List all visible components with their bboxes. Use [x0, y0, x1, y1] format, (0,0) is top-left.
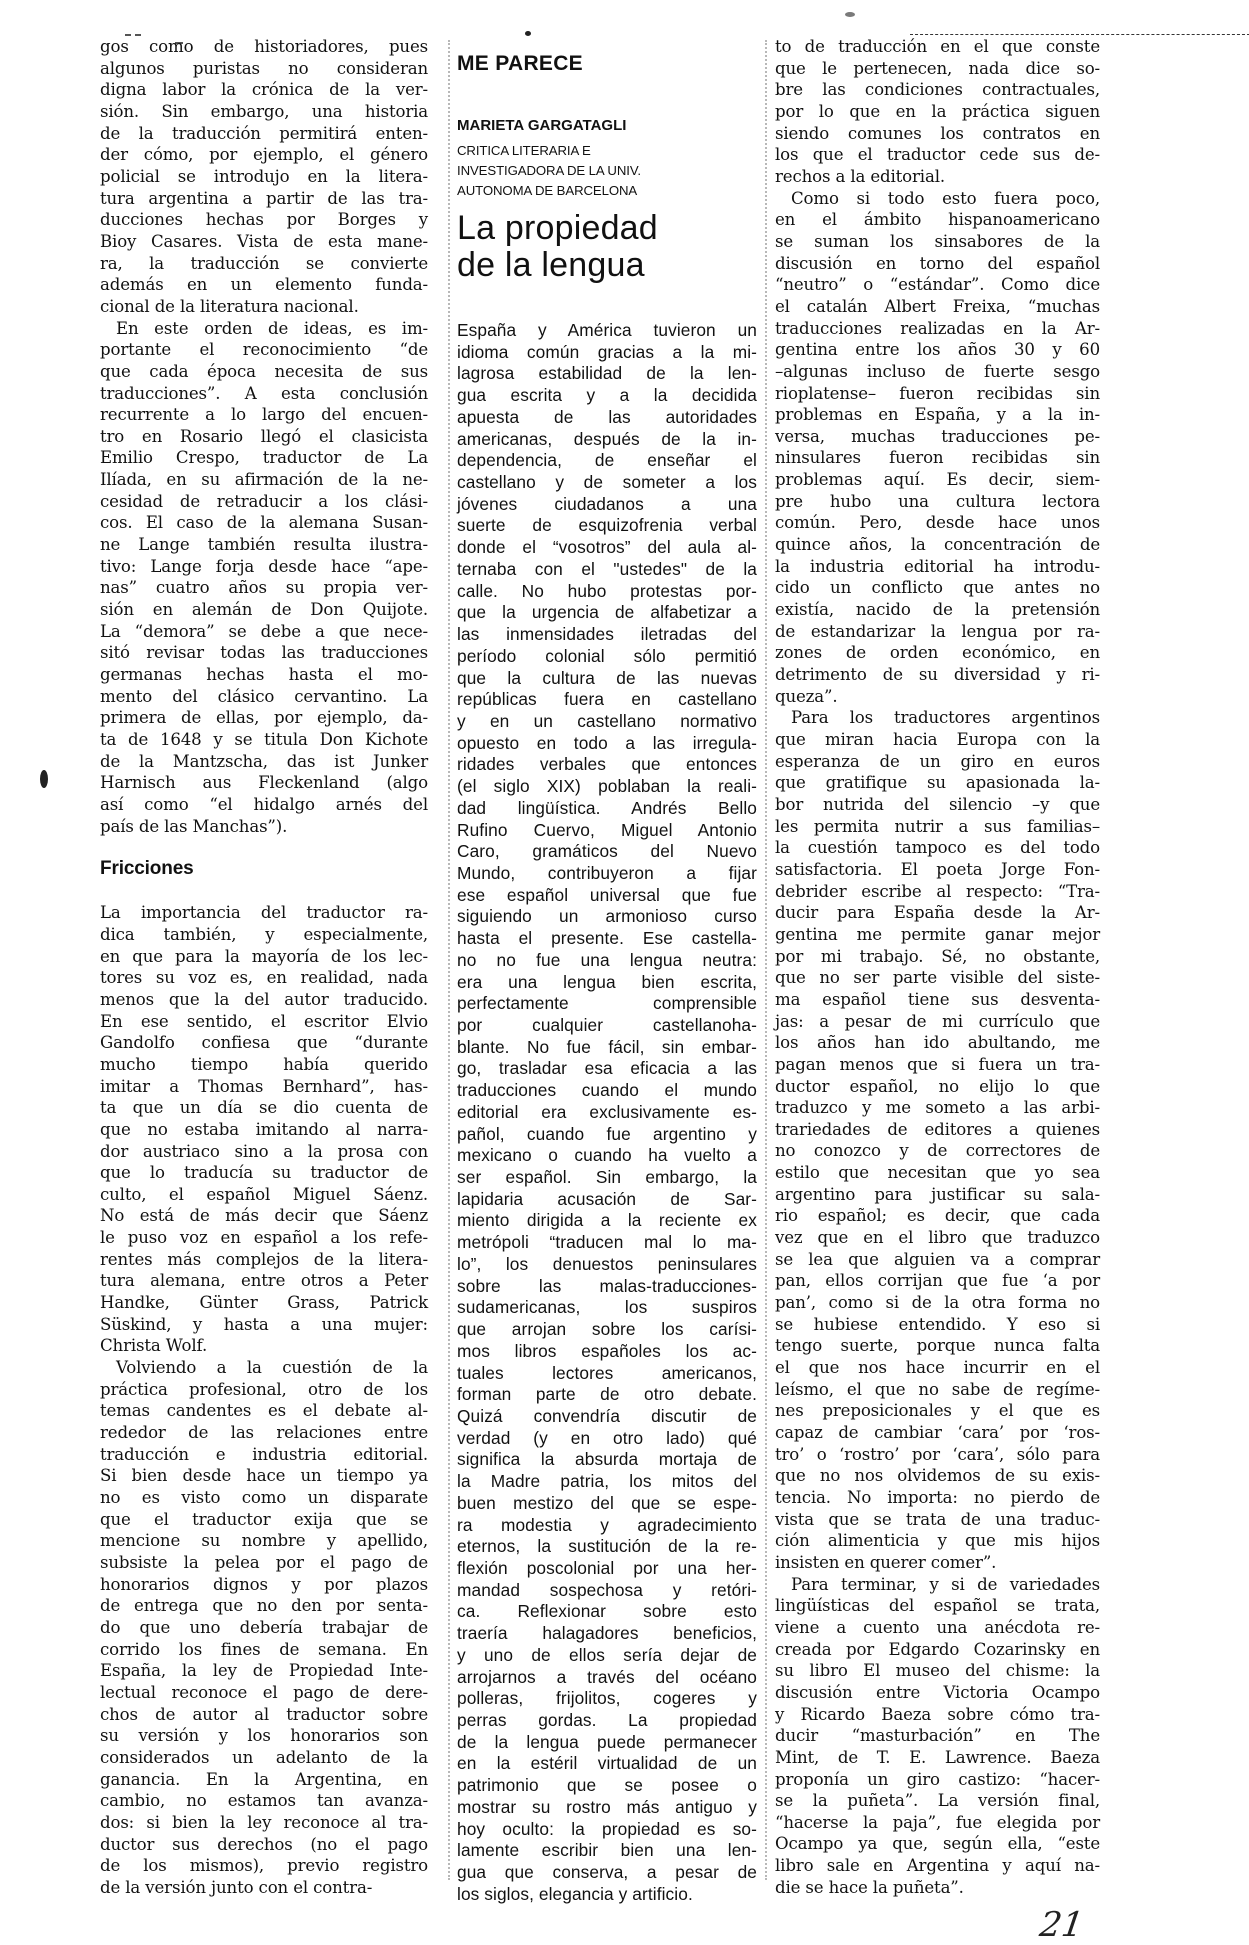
text-line: rechos a la editorial.: [775, 166, 1100, 188]
text-line: mos libros españoles los ac-: [457, 1341, 757, 1363]
text-line: der cómo, por ejemplo, el género: [100, 144, 428, 166]
text-line: cido un conflicto que antes no: [775, 577, 1100, 599]
text-line: nas” cuatro años su propia ver-: [100, 577, 428, 599]
scan-speck: [40, 770, 48, 788]
left-paragraphs-after: La importancia del traductor ra-dica tam…: [100, 902, 428, 1898]
text-line: Ocampo ya que, según ella, “este: [775, 1833, 1100, 1855]
text-line: americanas, después de la in-: [457, 429, 757, 451]
text-line: temas candentes es el debate al-: [100, 1400, 428, 1422]
text-line: vez que en el libro que traduzco: [775, 1227, 1100, 1249]
paragraph: La importancia del traductor ra-dica tam…: [100, 902, 428, 1357]
text-line: ductor español, no elijo lo que: [775, 1076, 1100, 1098]
text-line: que no estaba imitando al narra-: [100, 1119, 428, 1141]
text-line: ducir “masturbación” en The: [775, 1725, 1100, 1747]
text-line: se la puñeta”. La versión final,: [775, 1790, 1100, 1812]
headline-line: La propiedad: [457, 210, 658, 247]
text-line: su versión y los honorarios son: [100, 1725, 428, 1747]
column-separator-left: [448, 40, 450, 1880]
text-line: que el traductor exija que se: [100, 1509, 428, 1531]
text-line: ne Lange también resulta ilustra-: [100, 534, 428, 556]
text-line: repúblicas fuera en castellano: [457, 689, 757, 711]
text-line: Emilio Crespo, traductor de La: [100, 447, 428, 469]
text-line: patrimonio que se posee o: [457, 1775, 757, 1797]
text-line: sión. Sin embargo, una historia: [100, 101, 428, 123]
text-line: mandad sospechosa y retóri-: [457, 1580, 757, 1602]
text-line: Bioy Casares. Vista de esta mane-: [100, 231, 428, 253]
text-line: ducciones hechas por Borges y: [100, 209, 428, 231]
text-line: dos: si bien la ley reconoce al tra-: [100, 1812, 428, 1834]
text-line: ridades verbales que entonces: [457, 754, 757, 776]
text-line: rededor de las relaciones entre: [100, 1422, 428, 1444]
left-paragraphs-before: gos como de historiadores, puesalgunos p…: [100, 36, 428, 837]
text-line: en que para la mayoría de los lec-: [100, 946, 428, 968]
text-line: En ese sentido, el escritor Elvio: [100, 1011, 428, 1033]
author-role-line: AUTONOMA DE BARCELONA: [457, 183, 637, 198]
text-line: discusión entre Victoria Ocampo: [775, 1682, 1100, 1704]
text-line: problemas en España, y a la in-: [775, 404, 1100, 426]
text-line: gentina me permite ganar mejor: [775, 924, 1100, 946]
text-line: ra, la traducción se convierte: [100, 253, 428, 275]
text-line: mucho tiempo había querido: [100, 1054, 428, 1076]
text-line: España y América tuvieron un: [457, 320, 757, 342]
text-line: apuesta de las autoridades: [457, 407, 757, 429]
text-line: dad lingüística. Andrés Bello: [457, 798, 757, 820]
text-line: ganancia. En la Argentina, en: [100, 1769, 428, 1791]
text-line: de estandarizar la lengua por ra-: [775, 621, 1100, 643]
text-line: que arrojan sobre los carísi-: [457, 1319, 757, 1341]
text-line: flexión poscolonial por una her-: [457, 1558, 757, 1580]
text-line: debrider escribe al respecto: “Tra-: [775, 881, 1100, 903]
text-line: Mundo, contribuyeron a fijar: [457, 863, 757, 885]
text-line: que no ser parte visible del siste-: [775, 967, 1100, 989]
text-line: que miran hacia Europa con la: [775, 729, 1100, 751]
text-line: perfectamente comprensible: [457, 993, 757, 1015]
text-line: “hacerse la paja”, fue elegida por: [775, 1812, 1100, 1834]
text-line: Rufino Cuervo, Miguel Antonio: [457, 820, 757, 842]
text-line: práctica profesional, otro de los: [100, 1379, 428, 1401]
paragraph: Para los traductores argentinosque miran…: [775, 707, 1100, 1573]
text-line: lagrosa estabilidad de la len-: [457, 363, 757, 385]
text-line: ese español universal que fue: [457, 885, 757, 907]
text-line: no no fue una lengua neutra:: [457, 950, 757, 972]
text-line: metrópoli “traducen mal lo ma-: [457, 1232, 757, 1254]
text-line: no conozco y de correctores de: [775, 1140, 1100, 1162]
text-line: castellano y de someter a los: [457, 472, 757, 494]
text-line: viene a cuento una anécdota re-: [775, 1617, 1100, 1639]
text-line: dependencia, de enseñar el: [457, 450, 757, 472]
column-separator-right: [765, 40, 767, 1880]
text-line: por mi trabajo. Sé, no obstante,: [775, 946, 1100, 968]
text-line: pre hubo una cultura lectora: [775, 491, 1100, 513]
text-line: la industria editorial ha introdu-: [775, 556, 1100, 578]
text-line: pan’, como si de la otra forma no: [775, 1292, 1100, 1314]
text-line: los años han ido abultando, me: [775, 1032, 1100, 1054]
text-line: por cualquier castellanoha-: [457, 1015, 757, 1037]
text-line: detrimento de su diversidad y ri-: [775, 664, 1100, 686]
headline-line: de la lengua: [457, 247, 658, 284]
text-line: ducir para España desde la Ar-: [775, 902, 1100, 924]
text-line: Christa Wolf.: [100, 1335, 428, 1357]
text-line: existía, nacido de la pretensión: [775, 599, 1100, 621]
text-line: mento del clásico cervantino. La: [100, 686, 428, 708]
article-headline: La propiedad de la lengua: [457, 210, 658, 284]
text-line: esperanza de un giro en euros: [775, 751, 1100, 773]
text-line: el que nos hace incurrir en el: [775, 1357, 1100, 1379]
text-line: jas: a pesar de mi currículo que: [775, 1011, 1100, 1033]
text-line: de la traducción permitirá enten-: [100, 123, 428, 145]
text-line: sobre las malas-traducciones-: [457, 1276, 757, 1298]
text-line: que gratifique su apasionada la-: [775, 772, 1100, 794]
text-line: les permita nutrir a sus familias–: [775, 816, 1100, 838]
text-line: ción alimenticia y que mis hijos: [775, 1530, 1100, 1552]
text-line: arrojarnos a través del océano: [457, 1667, 757, 1689]
text-line: discusión en torno del español: [775, 253, 1100, 275]
text-line: y Ricardo Baeza sobre cómo tra-: [775, 1704, 1100, 1726]
text-line: germanas hechas hasta el mo-: [100, 664, 428, 686]
top-rule-right: [910, 34, 1249, 35]
text-line: ninsulares fueron recibidas sin: [775, 447, 1100, 469]
text-line: hoy oculto: la propiedad es so-: [457, 1819, 757, 1841]
text-line: argentino para justificar su sala-: [775, 1184, 1100, 1206]
text-line: pañol, cuando fue argentino y: [457, 1124, 757, 1146]
text-line: suerte de esquizofrenia verbal: [457, 515, 757, 537]
text-line: eternos, la sustitución de la re-: [457, 1536, 757, 1558]
text-line: que cada época necesita de sus: [100, 361, 428, 383]
text-line: siguiendo un armonioso curso: [457, 906, 757, 928]
section-label: ME PARECE: [457, 52, 583, 76]
text-line: le puso voz en español a los refe-: [100, 1227, 428, 1249]
text-line: Quizá convendría discutir de: [457, 1406, 757, 1428]
paragraph: to de traducción en el que consteque le …: [775, 36, 1100, 188]
text-line: queza”.: [775, 686, 1100, 708]
text-line: hasta el presente. Ese castella-: [457, 928, 757, 950]
scan-speck: [845, 12, 855, 17]
text-line: que la urgencia de alfabetizar a: [457, 602, 757, 624]
text-line: honorarios dignos y por plazos: [100, 1574, 428, 1596]
text-line: ta que un día se dio cuenta de: [100, 1097, 428, 1119]
text-line: die se hace la puñeta”.: [775, 1877, 1100, 1899]
text-line: traducciones cuando el mundo: [457, 1080, 757, 1102]
text-line: rioplatense– fueron recibidas sin: [775, 383, 1100, 405]
text-line: lapidaria acusación de Sar-: [457, 1189, 757, 1211]
text-line: subsiste la pelea por el pago de: [100, 1552, 428, 1574]
text-line: to de traducción en el que conste: [775, 36, 1100, 58]
text-line: “neutro” o “estándar”. Como dice: [775, 274, 1100, 296]
text-line: La “demora” se debe a que nece-: [100, 621, 428, 643]
text-line: problemas aquí. Es decir, siem-: [775, 469, 1100, 491]
text-line: la cuestión tampoco es del todo: [775, 837, 1100, 859]
text-line: bor nutrida del silencio –y que: [775, 794, 1100, 816]
text-line: editorial era exclusivamente es-: [457, 1102, 757, 1124]
text-line: rio español; es decir, que cada: [775, 1205, 1100, 1227]
text-line: Gandolfo confiesa que “durante: [100, 1032, 428, 1054]
right-column: to de traducción en el que consteque le …: [775, 36, 1100, 1898]
text-line: gua que conserva, a pesar de: [457, 1862, 757, 1884]
text-line: digna labor la crónica de la ver-: [100, 79, 428, 101]
text-line: Handke, Günter Grass, Patrick: [100, 1292, 428, 1314]
text-line: sudamericanas, los suspiros: [457, 1297, 757, 1319]
text-line: que le pertenecen, nada dice so-: [775, 58, 1100, 80]
text-line: de la Mantzscha, das ist Junker: [100, 751, 428, 773]
text-line: traducción e industria editorial.: [100, 1444, 428, 1466]
text-line: Ilíada, en su afirmación de la ne-: [100, 469, 428, 491]
text-line: policial se introdujo en la litera-: [100, 166, 428, 188]
text-line: tengo suerte, porque nunca falta: [775, 1335, 1100, 1357]
text-line: ternaba con el "ustedes" de la: [457, 559, 757, 581]
text-line: rentes más complejos de la litera-: [100, 1249, 428, 1271]
text-line: ra modestia y agradecimiento: [457, 1515, 757, 1537]
text-line: Harnisch aus Fleckenland (algo: [100, 772, 428, 794]
text-line: polleras, frijolitos, cogeres y: [457, 1688, 757, 1710]
text-line: de los mismos), previo registro: [100, 1855, 428, 1877]
text-line: donde el “vosotros” del aula al-: [457, 537, 757, 559]
text-line: –algunas incluso de fuerte sesgo: [775, 361, 1100, 383]
text-line: el catalán Albert Freixa, “muchas: [775, 296, 1100, 318]
text-line: que no nos olvidemos de su exis-: [775, 1465, 1100, 1487]
text-line: traducciones realizadas en la Ar-: [775, 318, 1100, 340]
text-line: pan, ellos corrijan que fue ‘a por: [775, 1270, 1100, 1292]
author-name: MARIETA GARGATAGLI: [457, 117, 626, 134]
scan-speck: [525, 31, 531, 36]
text-line: mexicano o cuando ha vuelto a: [457, 1145, 757, 1167]
text-line: gos como de historiadores, pues: [100, 36, 428, 58]
text-line: trariedades de editores a quienes: [775, 1119, 1100, 1141]
text-line: lectual reconoce el pago de dere-: [100, 1682, 428, 1704]
text-line: ta de 1648 y se titula Don Kichote: [100, 729, 428, 751]
text-line: insisten en querer comer”.: [775, 1552, 1100, 1574]
text-line: tivo: Lange forja desde hace “ape-: [100, 556, 428, 578]
text-line: chos de autor al traductor sobre: [100, 1704, 428, 1726]
text-line: sitó revisar todas las traducciones: [100, 642, 428, 664]
text-line: buen mestizo del que se espe-: [457, 1493, 757, 1515]
text-line: quince años, la concentración de: [775, 534, 1100, 556]
text-line: La importancia del traductor ra-: [100, 902, 428, 924]
text-line: satisfactoria. El poeta Jorge Fon-: [775, 859, 1100, 881]
text-line: mostrar su rostro más antiguo y: [457, 1797, 757, 1819]
text-line: España, la ley de Propiedad Inte-: [100, 1660, 428, 1682]
text-line: la Madre patria, los mitos del: [457, 1471, 757, 1493]
paragraph: Volviendo a la cuestión de lapráctica pr…: [100, 1357, 428, 1898]
text-line: por lo que en la práctica siguen: [775, 101, 1100, 123]
text-line: era una lengua bien escrita,: [457, 972, 757, 994]
text-line: de la versión junto con el contra-: [100, 1877, 428, 1899]
text-line: dor austriaco sino a la prosa con: [100, 1141, 428, 1163]
paragraph: Para terminar, y si de variedadeslingüís…: [775, 1574, 1100, 1899]
text-line: período colonial sólo permitió: [457, 646, 757, 668]
text-line: Para los traductores argentinos: [775, 707, 1100, 729]
text-line: miento dirigida a la reciente ex: [457, 1210, 757, 1232]
text-line: traería halagadores beneficios,: [457, 1623, 757, 1645]
text-line: de entrega que no den por senta-: [100, 1595, 428, 1617]
text-line: idioma común gracias a la mi-: [457, 342, 757, 364]
text-line: en el ámbito hispanoamericano: [775, 209, 1100, 231]
text-line: No está de más decir que Sáenz: [100, 1205, 428, 1227]
text-line: que lo traducía su traductor de: [100, 1162, 428, 1184]
text-line: leísmo, el que no sabe de regíme-: [775, 1379, 1100, 1401]
text-line: dica también, y especialmente,: [100, 924, 428, 946]
text-line: no es visto como un disparate: [100, 1487, 428, 1509]
text-line: común. Pero, desde hace unos: [775, 512, 1100, 534]
text-line: sión en alemán de Don Quijote.: [100, 599, 428, 621]
text-line: do que uno debería trabajar de: [100, 1617, 428, 1639]
text-line: ca. Reflexionar sobre esto: [457, 1601, 757, 1623]
text-line: En este orden de ideas, es im-: [100, 318, 428, 340]
text-line: las inmensidades iletradas del: [457, 624, 757, 646]
text-line: se lea que alguien va a comprar: [775, 1249, 1100, 1271]
text-line: portante el reconocimiento “de: [100, 339, 428, 361]
text-line: mencione su nombre y apellido,: [100, 1530, 428, 1552]
text-line: vista que se trata de una traduc-: [775, 1509, 1100, 1531]
text-line: cos. El caso de la alemana Susan-: [100, 512, 428, 534]
text-line: traduzco y me someto a las arbi-: [775, 1097, 1100, 1119]
text-line: menos que la del autor traducido.: [100, 989, 428, 1011]
paragraph: En este orden de ideas, es im-portante e…: [100, 318, 428, 838]
text-line: tencia. No importa: no pierdo de: [775, 1487, 1100, 1509]
text-line: zones de orden económico, en: [775, 642, 1100, 664]
text-line: lingüísticas del español se trata,: [775, 1595, 1100, 1617]
text-line: tores su voz es, en realidad, nada: [100, 967, 428, 989]
text-line: gua escrita y a la decidida: [457, 385, 757, 407]
page-number: 21: [1037, 1905, 1086, 1945]
text-line: se suman los sinsabores de la: [775, 231, 1100, 253]
text-line: libro sale en Argentina y aquí na-: [775, 1855, 1100, 1877]
text-line: tura alemana, entre otros a Peter: [100, 1270, 428, 1292]
text-line: Mint, de T. E. Lawrence. Baeza: [775, 1747, 1100, 1769]
text-line: corrido los fines de semana. En: [100, 1639, 428, 1661]
text-line: traducciones”. A esta conclusión: [100, 383, 428, 405]
text-line: que la cultura de las nuevas: [457, 668, 757, 690]
paragraph: Como si todo esto fuera poco,en el ámbit…: [775, 188, 1100, 708]
text-line: nes preposicionales y el que es: [775, 1400, 1100, 1422]
text-line: algunos puristas no consideran: [100, 58, 428, 80]
text-line: tuales lectores americanos,: [457, 1363, 757, 1385]
text-line: en la estéril virtualidad de un: [457, 1753, 757, 1775]
text-line: así como “el hidalgo arnés del: [100, 794, 428, 816]
text-line: los siglos, elegancia y artificio.: [457, 1884, 757, 1906]
text-line: jóvenes ciudadanos a una: [457, 494, 757, 516]
text-line: los que el traductor cede sus de-: [775, 144, 1100, 166]
text-line: tro en Rosario llegó el clasicista: [100, 426, 428, 448]
text-line: considerados un adelanto de la: [100, 1747, 428, 1769]
text-line: lamente escribir bien una len-: [457, 1840, 757, 1862]
text-line: país de las Manchas”).: [100, 816, 428, 838]
author-role-line: CRITICA LITERARIA E: [457, 143, 591, 158]
text-line: capaz de cambiar ‘cara’ por ‘ros-: [775, 1422, 1100, 1444]
text-line: go, trasladar esa eficacia a las: [457, 1058, 757, 1080]
text-line: Caro, gramáticos del Nuevo: [457, 841, 757, 863]
text-line: Para terminar, y si de variedades: [775, 1574, 1100, 1596]
text-line: significa la absurda mortaja de: [457, 1449, 757, 1471]
text-line: verdad (y en otro lado) qué: [457, 1428, 757, 1450]
text-line: versa, muchas traducciones pe-: [775, 426, 1100, 448]
text-line: cional de la literatura nacional.: [100, 296, 428, 318]
article-body: España y América tuvieron unidioma común…: [457, 320, 757, 1905]
text-line: tro’ o ‘rostro’ por ‘cara’, sólo para: [775, 1444, 1100, 1466]
text-line: ductor sus derechos (no el pago: [100, 1834, 428, 1856]
text-line: primera de ellas, por ejemplo, da-: [100, 707, 428, 729]
text-line: pagan menos que si fuera un tra-: [775, 1054, 1100, 1076]
text-line: blante. No fue fácil, sin embar-: [457, 1037, 757, 1059]
section-heading-fricciones: Fricciones: [100, 858, 428, 880]
author-role-line: INVESTIGADORA DE LA UNIV.: [457, 163, 641, 178]
text-line: Süskind, y hasta a una mujer:: [100, 1314, 428, 1336]
text-line: culto, el español Miguel Sáenz.: [100, 1184, 428, 1206]
text-line: además en un elemento funda-: [100, 274, 428, 296]
text-line: se hubiese entendido. Y eso si: [775, 1314, 1100, 1336]
text-line: ma español tiene sus desventa-: [775, 989, 1100, 1011]
text-line: creada por Edgardo Cozarinsky en: [775, 1639, 1100, 1661]
text-line: Como si todo esto fuera poco,: [775, 188, 1100, 210]
text-line: opuesto en todo a las irregula-: [457, 733, 757, 755]
text-line: cesidad de retraducir a los clási-: [100, 491, 428, 513]
text-line: (el siglo XIX) poblaban la reali-: [457, 776, 757, 798]
text-line: ser español. Sin embargo, la: [457, 1167, 757, 1189]
text-line: gentina entre los años 30 y 60: [775, 339, 1100, 361]
text-line: forman parte de otro debate.: [457, 1384, 757, 1406]
text-line: y en un castellano normativo: [457, 711, 757, 733]
text-line: Volviendo a la cuestión de la: [100, 1357, 428, 1379]
text-line: de la lengua puede permanecer: [457, 1732, 757, 1754]
text-line: calle. No hubo protestas por-: [457, 581, 757, 603]
text-line: estilo que necesitan que yo sea: [775, 1162, 1100, 1184]
text-line: imitar a Thomas Bernhard”, has-: [100, 1076, 428, 1098]
text-line: lo”, los denuestos peninsulares: [457, 1254, 757, 1276]
text-line: tura argentina a partir de las tra-: [100, 188, 428, 210]
text-line: Si bien desde hace un tiempo ya: [100, 1465, 428, 1487]
text-line: su libro El museo del chisme: la: [775, 1660, 1100, 1682]
text-line: perras gordas. La propiedad: [457, 1710, 757, 1732]
text-line: y uno de ellos sería dejar de: [457, 1645, 757, 1667]
text-line: siendo comunes los contratos en: [775, 123, 1100, 145]
text-line: cambio, no estamos tan avanza-: [100, 1790, 428, 1812]
left-column: gos como de historiadores, puesalgunos p…: [100, 36, 428, 1898]
text-line: bre las condiciones contractuales,: [775, 79, 1100, 101]
text-line: recurrente a lo largo del encuen-: [100, 404, 428, 426]
text-line: proponía un giro castizo: “hacer-: [775, 1769, 1100, 1791]
paragraph: gos como de historiadores, puesalgunos p…: [100, 36, 428, 318]
